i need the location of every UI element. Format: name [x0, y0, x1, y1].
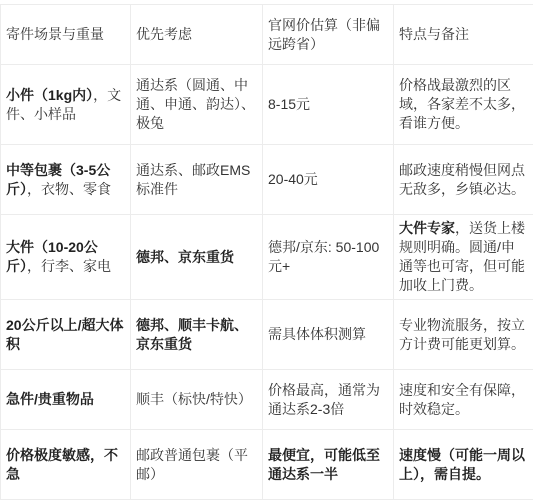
shipping-comparison-table: 寄件场景与重量 优先考虑 官网价估算（非偏远跨省） 特点与备注 小件（1kg内）…: [0, 4, 533, 500]
cell-priority: 德邦、顺丰卡航、京东重货: [131, 300, 263, 370]
cell-notes: 速度和安全有保障，时效稳定。: [394, 370, 533, 430]
cell-price: 德邦/京东: 50-100元+: [263, 215, 394, 300]
cell-price: 最便宜，可能低至通达系一半: [263, 430, 394, 500]
priority-text: 通达系、邮政EMS标准件: [136, 162, 250, 197]
price-text: 价格最高，通常为通达系2-3倍: [268, 382, 380, 417]
table-row: 小件（1kg内），文件、小样品 通达系（圆通、中通、申通、韵达）、极兔 8-15…: [1, 65, 533, 145]
cell-priority: 通达系（圆通、中通、申通、韵达）、极兔: [131, 65, 263, 145]
table-row: 急件/贵重物品 顺丰（标快/特快） 价格最高，通常为通达系2-3倍 速度和安全有…: [1, 370, 533, 430]
notes-text: 速度和安全有保障，时效稳定。: [399, 382, 525, 417]
column-header-scenario: 寄件场景与重量: [1, 5, 131, 65]
cell-notes: 邮政速度稍慢但网点无敌多，乡镇必达。: [394, 145, 533, 215]
table-row: 20公斤以上/超大体积 德邦、顺丰卡航、京东重货 需具体体积测算 专业物流服务，…: [1, 300, 533, 370]
notes-text: 价格战最激烈的区域，各家差不太多，看谁方便。: [399, 77, 525, 131]
priority-text: 通达系（圆通、中通、申通、韵达）、极兔: [136, 77, 255, 131]
notes-text: 邮政速度稍慢但网点无敌多，乡镇必达。: [399, 162, 525, 197]
cell-priority: 顺丰（标快/特快）: [131, 370, 263, 430]
scenario-highlight: 急件/贵重物品: [6, 391, 94, 407]
table-row: 中等包裹（3-5公斤），衣物、零食 通达系、邮政EMS标准件 20-40元 邮政…: [1, 145, 533, 215]
cell-price: 20-40元: [263, 145, 394, 215]
cell-price: 8-15元: [263, 65, 394, 145]
priority-text: 邮政普通包裹（平邮）: [136, 447, 248, 482]
header-row: 寄件场景与重量 优先考虑 官网价估算（非偏远跨省） 特点与备注: [1, 5, 533, 65]
price-highlight: 最便宜，可能低至通达系一半: [268, 447, 380, 482]
cell-scenario: 小件（1kg内），文件、小样品: [1, 65, 131, 145]
scenario-highlight: 小件（1kg内）: [6, 87, 93, 103]
price-text: 8-15元: [268, 96, 310, 112]
priority-highlight: 德邦、顺丰卡航、京东重货: [136, 317, 248, 352]
notes-text: 专业物流服务，按立方计费可能更划算。: [399, 317, 525, 352]
priority-highlight: 德邦、京东重货: [136, 249, 234, 265]
notes-highlight: 大件专家: [399, 220, 455, 236]
scenario-highlight: 价格极度敏感，不急: [6, 447, 118, 482]
price-text: 需具体体积测算: [268, 326, 366, 342]
cell-notes: 价格战最激烈的区域，各家差不太多，看谁方便。: [394, 65, 533, 145]
cell-priority: 通达系、邮政EMS标准件: [131, 145, 263, 215]
cell-scenario: 中等包裹（3-5公斤），衣物、零食: [1, 145, 131, 215]
column-header-price: 官网价估算（非偏远跨省）: [263, 5, 394, 65]
cell-scenario: 20公斤以上/超大体积: [1, 300, 131, 370]
price-text: 20-40元: [268, 171, 318, 187]
priority-text: 顺丰（标快/特快）: [136, 391, 252, 407]
cell-scenario: 急件/贵重物品: [1, 370, 131, 430]
column-header-priority: 优先考虑: [131, 5, 263, 65]
scenario-text: ，行李、家电: [27, 258, 111, 274]
cell-notes: 速度慢（可能一周以上），需自提。: [394, 430, 533, 500]
cell-priority: 邮政普通包裹（平邮）: [131, 430, 263, 500]
scenario-text: ，衣物、零食: [27, 181, 111, 197]
cell-priority: 德邦、京东重货: [131, 215, 263, 300]
cell-notes: 大件专家，送货上楼规则明确。圆通/申通等也可寄，但可能加收上门费。: [394, 215, 533, 300]
price-text: 德邦/京东: 50-100元+: [268, 239, 379, 274]
cell-scenario: 大件（10-20公斤），行李、家电: [1, 215, 131, 300]
cell-price: 价格最高，通常为通达系2-3倍: [263, 370, 394, 430]
table-row: 大件（10-20公斤），行李、家电 德邦、京东重货 德邦/京东: 50-100元…: [1, 215, 533, 300]
column-header-notes: 特点与备注: [394, 5, 533, 65]
notes-highlight: 速度慢（可能一周以上），需自提。: [399, 447, 525, 482]
table-row: 价格极度敏感，不急 邮政普通包裹（平邮） 最便宜，可能低至通达系一半 速度慢（可…: [1, 430, 533, 500]
cell-price: 需具体体积测算: [263, 300, 394, 370]
scenario-highlight: 20公斤以上/超大体积: [6, 317, 123, 352]
cell-notes: 专业物流服务，按立方计费可能更划算。: [394, 300, 533, 370]
cell-scenario: 价格极度敏感，不急: [1, 430, 131, 500]
